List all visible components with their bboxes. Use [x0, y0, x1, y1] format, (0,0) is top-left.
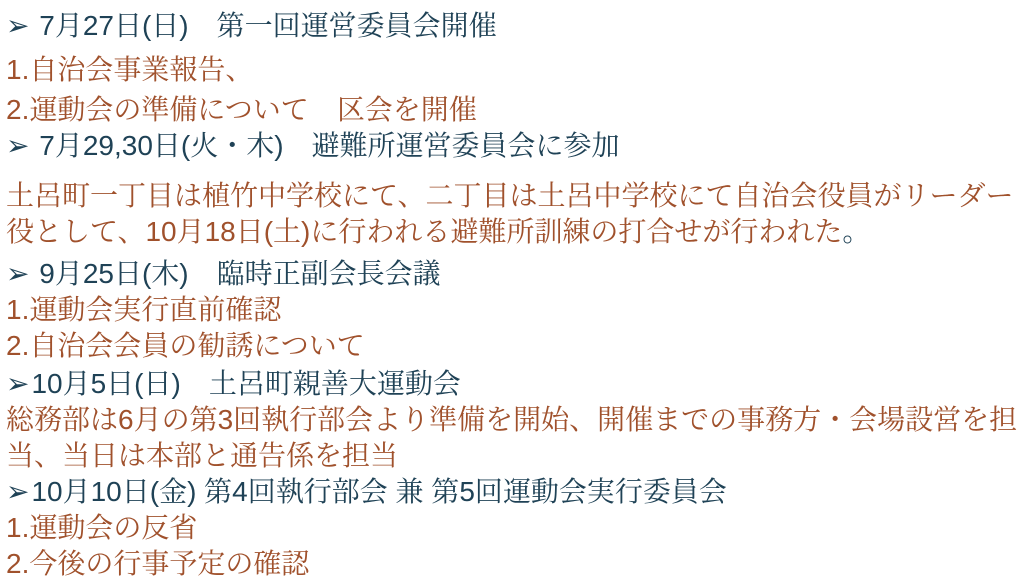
arrow-bullet-icon: ➢ — [6, 474, 29, 510]
body-text: 2.今後の行事予定の確認 — [6, 548, 309, 576]
heading-text: 9月25日(木) 臨時正副会長会議 — [31, 258, 440, 289]
body-text: 1.自治会事業報告、 — [6, 54, 253, 85]
body-line-item-2: 2.自治会会員の勧誘について — [6, 328, 1018, 364]
arrow-bullet-icon: ➢ — [6, 8, 29, 44]
body-line-item-2: 2.今後の行事予定の確認 — [6, 546, 1018, 576]
body-text: 1.運動会の反省 — [6, 512, 197, 543]
bullet-heading-meeting-0729: ➢ 7月29,30日(火・木) 避難所運営委員会に参加 — [6, 128, 1018, 164]
body-line-item-1: 1.運動会の反省 — [6, 510, 1018, 546]
bullet-heading-meeting-0727: ➢ 7月27日(日) 第一回運営委員会開催 — [6, 8, 1018, 44]
body-paragraph-evacuation: 土呂町一丁目は植竹中学校にて、二丁目は土呂中学校にて自治会役員がリーダー役として… — [6, 178, 1018, 250]
slide: ➢ 7月27日(日) 第一回運営委員会開催 1.自治会事業報告、 2.運動会の準… — [0, 0, 1024, 576]
bullet-heading-meeting-0925: ➢ 9月25日(木) 臨時正副会長会議 — [6, 256, 1018, 292]
body-line-item-2: 2.運動会の準備について 区会を開催 — [6, 92, 1018, 128]
arrow-bullet-icon: ➢ — [6, 128, 29, 164]
body-text: 1.運動会実行直前確認 — [6, 294, 281, 325]
body-text: 2.自治会会員の勧誘について — [6, 330, 365, 361]
body-line-item-1: 1.運動会実行直前確認 — [6, 292, 1018, 328]
bullet-heading-meeting-1010: ➢10月10日(金) 第4回執行部会 兼 第5回運動会実行委員会 — [6, 474, 1018, 510]
sentence-period: 。 — [842, 216, 870, 247]
body-line-item-1: 1.自治会事業報告、 — [6, 52, 1018, 88]
bullet-heading-event-1005: ➢10月5日(日) 土呂町親善大運動会 — [6, 366, 1018, 402]
arrow-bullet-icon: ➢ — [6, 256, 29, 292]
body-text: 2.運動会の準備について 区会を開催 — [6, 94, 477, 125]
body-text: 総務部は6月の第3回執行部会より準備を開始、開催までの事務方・会場設営を担当、当… — [6, 404, 1017, 471]
heading-text: 10月10日(金) 第4回執行部会 兼 第5回運動会実行委員会 — [31, 476, 726, 507]
arrow-bullet-icon: ➢ — [6, 366, 29, 402]
body-paragraph-preparation: 総務部は6月の第3回執行部会より準備を開始、開催までの事務方・会場設営を担当、当… — [6, 402, 1018, 474]
heading-text: 10月5日(日) 土呂町親善大運動会 — [31, 368, 460, 399]
heading-text: 7月27日(日) 第一回運営委員会開催 — [31, 10, 496, 41]
heading-text: 7月29,30日(火・木) 避難所運営委員会に参加 — [31, 130, 619, 161]
